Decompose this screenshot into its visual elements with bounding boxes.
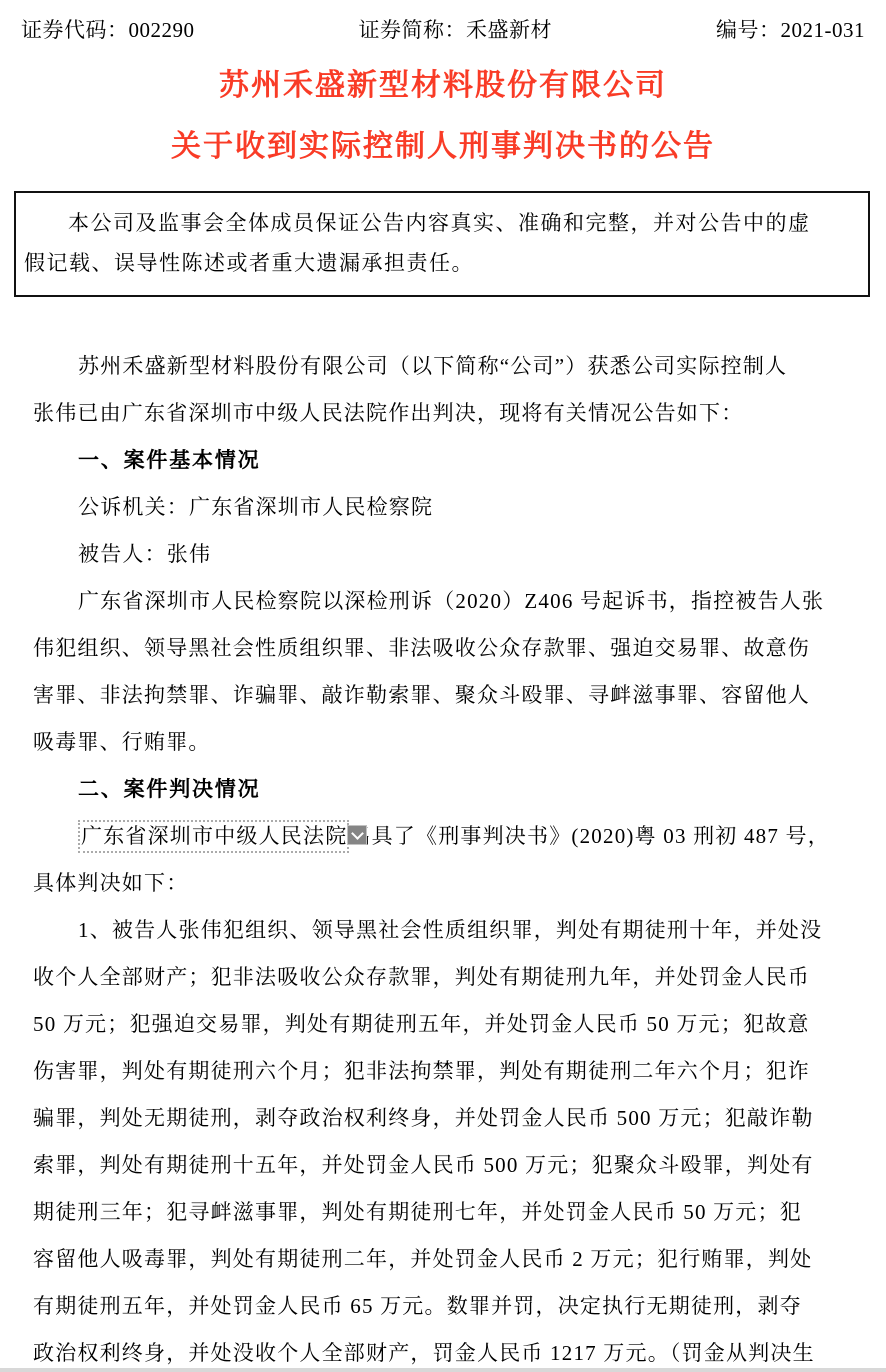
announcement-title: 关于收到实际控制人刑事判决书的公告 (0, 129, 886, 165)
stock-abbr: 证券简称：禾盛新材 (359, 14, 553, 44)
page-bottom-edge (0, 1368, 886, 1372)
chevron-down-marker-icon[interactable] (347, 825, 367, 845)
body-line: 伤害罪，判处有期徒刑六个月；犯非法拘禁罪，判处有期徒刑二年六个月；犯诈 (33, 1048, 870, 1095)
section-heading-case-judgment: 二、案件判决情况 (33, 766, 870, 813)
doc-number: 编号：2021-031 (716, 14, 865, 44)
body-line: 1、被告人张伟犯组织、领导黑社会性质组织罪，判处有期徒刑十年，并处没 (33, 907, 870, 954)
body-line: 伟犯组织、领导黑社会性质组织罪、非法吸收公众存款罪、强迫交易罪、故意伤 (33, 625, 870, 672)
body-line: 有期徒刑五年，并处罚金人民币 65 万元。数罪并罚，决定执行无期徒刑，剥夺 (33, 1283, 870, 1330)
document-header: 证券代码：002290 证券简称：禾盛新材 编号：2021-031 (0, 0, 886, 44)
body-line: 公诉机关：广东省深圳市人民检察院 (33, 484, 870, 531)
disclaimer-box: 本公司及监事会全体成员保证公告内容真实、准确和完整，并对公告中的虚假记载、误导性… (14, 191, 870, 297)
body-line: 骗罪，判处无期徒刑，剥夺政治权利终身，并处罚金人民币 500 万元；犯敲诈勒 (33, 1095, 870, 1142)
section-heading-case-basic: 一、案件基本情况 (33, 437, 870, 484)
body-line-text: 具了《刑事判决书》(2020)粤 03 刑初 487 号， (372, 824, 830, 848)
body-line: 具体判决如下： (33, 860, 870, 907)
body-line: 被告人：张伟 (33, 531, 870, 578)
disclaimer-line: 本公司及监事会全体成员保证公告内容真实、准确和完整，并对公告中的虚 (24, 203, 858, 243)
document-body: 苏州禾盛新型材料股份有限公司（以下简称“公司”）获悉公司实际控制人张伟已由广东省… (33, 343, 870, 1372)
stock-code: 证券代码：002290 (21, 14, 195, 44)
body-line: 50 万元；犯强迫交易罪，判处有期徒刑五年，并处罚金人民币 50 万元；犯故意 (33, 1001, 870, 1048)
body-line: 收个人全部财产；犯非法吸收公众存款罪，判处有期徒刑九年，并处罚金人民币 (33, 954, 870, 1001)
body-line: 容留他人吸毒罪，判处有期徒刑二年，并处罚金人民币 2 万元；犯行贿罪，判处 (33, 1236, 870, 1283)
body-line: 期徒刑三年；犯寻衅滋事罪，判处有期徒刑七年，并处罚金人民币 50 万元；犯 (33, 1189, 870, 1236)
body-line: 苏州禾盛新型材料股份有限公司（以下简称“公司”）获悉公司实际控制人 (33, 343, 870, 390)
body-line: 吸毒罪、行贿罪。 (33, 719, 870, 766)
char-with-marker: 出 (349, 824, 371, 848)
body-line: 害罪、非法拘禁罪、诈骗罪、敲诈勒索罪、聚众斗殴罪、寻衅滋事罪、容留他人 (33, 672, 870, 719)
body-line: 广东省深圳市人民检察院以深检刑诉（2020）Z406 号起诉书，指控被告人张 (33, 578, 870, 625)
company-title: 苏州禾盛新型材料股份有限公司 (0, 68, 886, 104)
body-line: 索罪，判处有期徒刑十五年，并处罚金人民币 500 万元；犯聚众斗殴罪，判处有 (33, 1142, 870, 1189)
judgment-source-line: 广东省深圳市中级人民法院出具了《刑事判决书》(2020)粤 03 刑初 487 … (33, 813, 870, 860)
body-line: 张伟已由广东省深圳市中级人民法院作出判决，现将有关情况公告如下： (33, 390, 870, 437)
disclaimer-line: 假记载、误导性陈述或者重大遗漏承担责任。 (24, 243, 858, 283)
body-line: 政治权利终身，并处没收个人全部财产，罚金人民币 1217 万元。（罚金从判决生 (33, 1330, 870, 1372)
selected-court-text[interactable]: 广东省深圳市中级人民法院 (78, 820, 349, 853)
